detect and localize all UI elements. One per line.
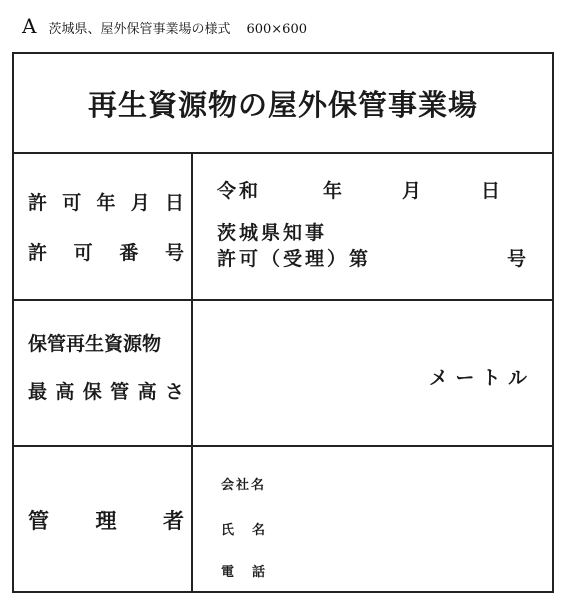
caption-letter: A [22, 14, 36, 38]
form-caption: A 茨城県、屋外保管事業場の様式 600×600 [22, 14, 307, 40]
manager-row: 管 理 者 会社名 氏 名 電 話 [14, 447, 552, 591]
height-unit-meters: メ ー ト ル [429, 363, 527, 390]
storage-height-label-line1: 保管再生資源物 [28, 329, 184, 356]
phone-label: 電 話 [221, 561, 265, 580]
permit-number-prefix: 許可（受理）第 [217, 244, 371, 271]
storage-height-label-cell: 保管再生資源物 最 高 保 管 高 さ [14, 301, 193, 445]
manager-label: 管 理 者 [28, 505, 184, 535]
permit-date-day: 日 [481, 176, 500, 203]
manager-label-cell: 管 理 者 [14, 447, 193, 591]
person-name-label: 氏 名 [221, 519, 265, 538]
sign-title: 再生資源物の屋外保管事業場 [14, 54, 552, 154]
permit-issuer: 茨城県知事 [217, 218, 327, 245]
permit-value-cell: 令和 年 月 日 茨城県知事 許可（受理）第 号 [195, 154, 552, 299]
caption-size: 600×600 [246, 22, 307, 37]
signboard: 再生資源物の屋外保管事業場 許 可 年 月 日 許 可 番 号 令和 年 月 日… [12, 52, 554, 593]
storage-height-value-cell: メ ー ト ル [195, 301, 552, 445]
permit-date-month: 月 [402, 176, 421, 203]
company-name-label: 会社名 [221, 474, 266, 493]
permit-number-label: 許 可 番 号 [28, 238, 184, 265]
caption-description: 茨城県、屋外保管事業場の様式 [48, 18, 230, 37]
permit-date-year: 年 [323, 176, 342, 203]
permit-number-suffix: 号 [507, 244, 526, 271]
permit-row: 許 可 年 月 日 許 可 番 号 令和 年 月 日 茨城県知事 許可（受理）第… [14, 154, 552, 301]
permit-label-cell: 許 可 年 月 日 許 可 番 号 [14, 154, 193, 299]
manager-value-cell: 会社名 氏 名 電 話 [195, 447, 552, 591]
storage-height-row: 保管再生資源物 最 高 保 管 高 さ メ ー ト ル [14, 301, 552, 447]
permit-date-era: 令和 [217, 176, 261, 203]
permit-date-label: 許 可 年 月 日 [28, 188, 184, 215]
storage-height-label-line2: 最 高 保 管 高 さ [28, 377, 184, 404]
